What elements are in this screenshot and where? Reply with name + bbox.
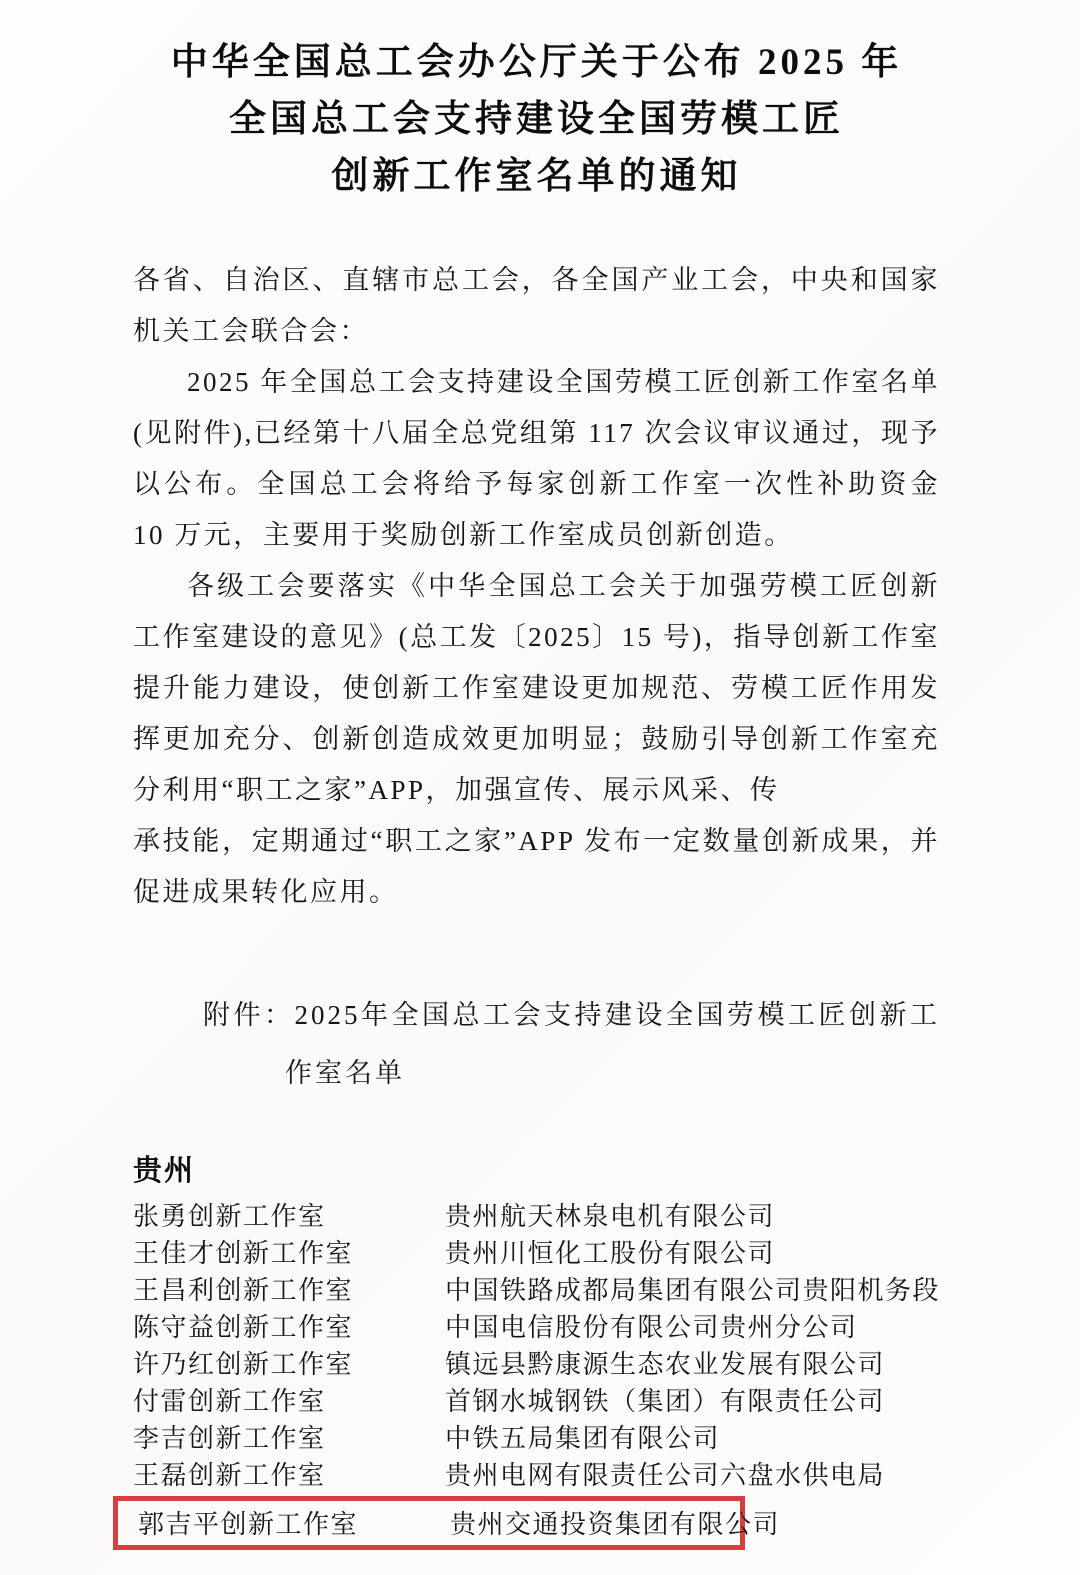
company-name: 贵州电网有限责任公司六盘水供电局 <box>445 1455 940 1492</box>
table-row: 陈守益创新工作室 中国电信股份有限公司贵州分公司 <box>133 1307 940 1344</box>
studio-name: 王磊创新工作室 <box>133 1455 445 1492</box>
table-row: 王佳才创新工作室 贵州川恒化工股份有限公司 <box>133 1233 940 1270</box>
title-line-1: 中华全国总工会办公厅关于公布 2025 年 <box>171 42 903 83</box>
paragraph-2: 各级工会要落实《中华全国总工会关于加强劳模工匠创新工作室建设的意见》(总工发〔2… <box>133 561 940 816</box>
highlight-box: 郭吉平创新工作室 贵州交通投资集团有限公司 <box>113 1496 745 1550</box>
title-line-3: 创新工作室名单的通知 <box>332 156 742 197</box>
table-row: 李吉创新工作室 中铁五局集团有限公司 <box>133 1418 940 1455</box>
attachment-note: 附件：2025年全国总工会支持建设全国劳模工匠创新工作室名单 <box>133 986 940 1102</box>
document-content: 中华全国总工会办公厅关于公布 2025 年 全国总工会支持建设全国劳模工匠 创新… <box>0 0 1080 1550</box>
table-row-highlighted: 郭吉平创新工作室 贵州交通投资集团有限公司 <box>138 1504 740 1541</box>
studio-name: 李吉创新工作室 <box>133 1418 445 1455</box>
table-row: 张勇创新工作室 贵州航天林泉电机有限公司 <box>133 1196 940 1233</box>
table-row: 付雷创新工作室 首钢水城钢铁（集团）有限责任公司 <box>133 1381 940 1418</box>
company-name: 贵州航天林泉电机有限公司 <box>445 1196 940 1233</box>
studio-name: 陈守益创新工作室 <box>133 1307 445 1344</box>
studio-list: 张勇创新工作室 贵州航天林泉电机有限公司 王佳才创新工作室 贵州川恒化工股份有限… <box>133 1196 940 1550</box>
company-name: 贵州川恒化工股份有限公司 <box>445 1233 940 1270</box>
table-row: 许乃红创新工作室 镇远县黔康源生态农业发展有限公司 <box>133 1344 940 1381</box>
studio-name: 郭吉平创新工作室 <box>138 1504 450 1541</box>
company-name: 中国铁路成都局集团有限公司贵阳机务段 <box>445 1270 940 1307</box>
paragraph-1: 2025 年全国总工会支持建设全国劳模工匠创新工作室名单(见附件),已经第十八届… <box>133 357 940 561</box>
notice-body: 各省、自治区、直辖市总工会，各全国产业工会，中央和国家机关工会联合会： 2025… <box>133 255 940 918</box>
studio-name: 王昌利创新工作室 <box>133 1270 445 1307</box>
paragraph-2-continued: 承技能，定期通过“职工之家”APP 发布一定数量创新成果，并促进成果转化应用。 <box>133 816 940 918</box>
document-page: 中华全国总工会办公厅关于公布 2025 年 全国总工会支持建设全国劳模工匠 创新… <box>0 0 1080 1575</box>
studio-name: 王佳才创新工作室 <box>133 1233 445 1270</box>
studio-name: 付雷创新工作室 <box>133 1381 445 1418</box>
table-row: 王磊创新工作室 贵州电网有限责任公司六盘水供电局 <box>133 1455 940 1492</box>
company-name: 首钢水城钢铁（集团）有限责任公司 <box>445 1381 940 1418</box>
salutation: 各省、自治区、直辖市总工会，各全国产业工会，中央和国家机关工会联合会： <box>133 255 940 357</box>
province-heading: 贵州 <box>133 1148 940 1189</box>
company-name: 中铁五局集团有限公司 <box>445 1418 940 1455</box>
studio-name: 许乃红创新工作室 <box>133 1344 445 1381</box>
table-row: 王昌利创新工作室 中国铁路成都局集团有限公司贵阳机务段 <box>133 1270 940 1307</box>
company-name: 镇远县黔康源生态农业发展有限公司 <box>445 1344 940 1381</box>
studio-name: 张勇创新工作室 <box>133 1196 445 1233</box>
notice-title: 中华全国总工会办公厅关于公布 2025 年 全国总工会支持建设全国劳模工匠 创新… <box>133 34 940 205</box>
title-line-2: 全国总工会支持建设全国劳模工匠 <box>229 99 844 140</box>
company-name: 贵州交通投资集团有限公司 <box>450 1504 780 1541</box>
company-name: 中国电信股份有限公司贵州分公司 <box>445 1307 940 1344</box>
